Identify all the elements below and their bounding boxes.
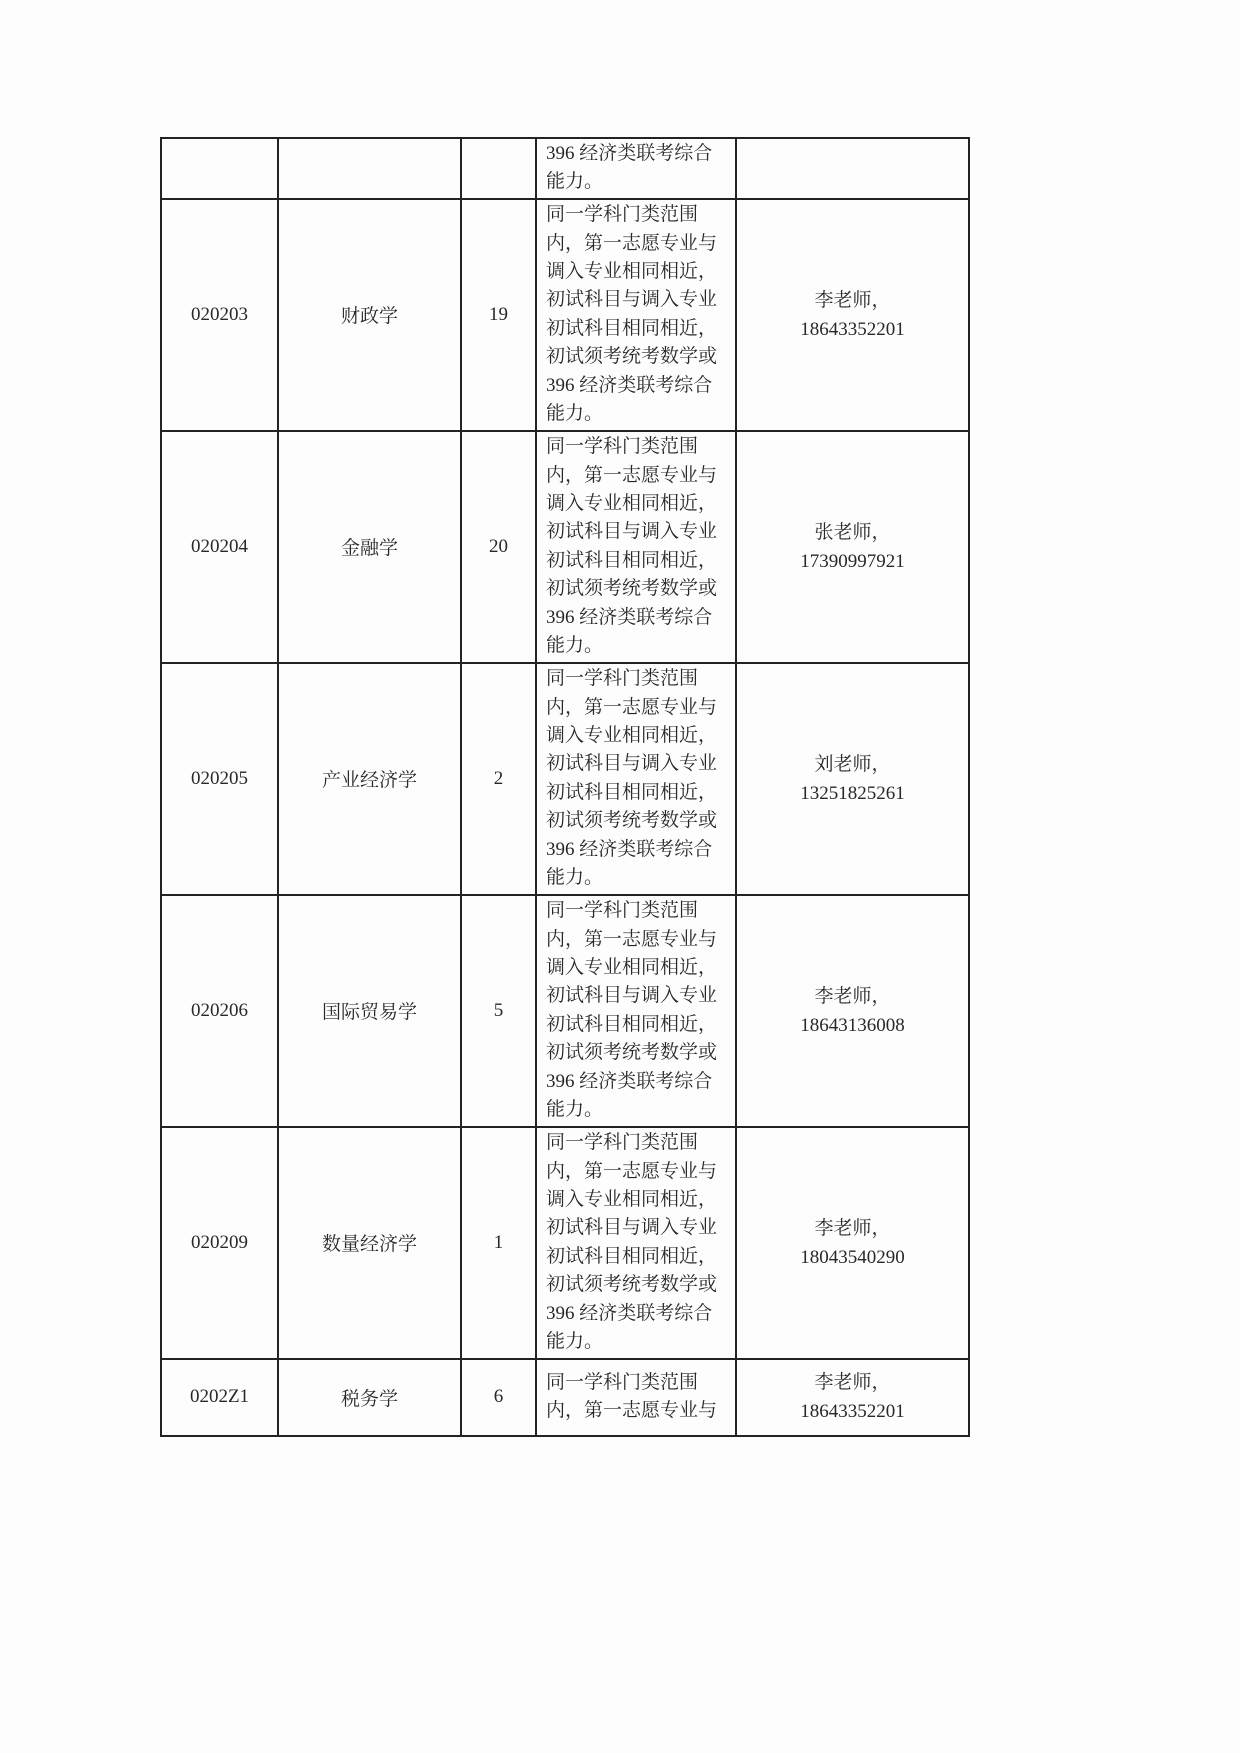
table-row: 020203 财政学 19 同一学科门类范围 内，第一志愿专业与 调入专业相同相… (161, 199, 969, 431)
quota-cell: 1 (461, 1127, 536, 1359)
contact-cell (736, 138, 969, 199)
major-code-cell: 020204 (161, 431, 278, 663)
contact-cell: 李老师， 18643352201 (736, 199, 969, 431)
major-name-cell: 财政学 (278, 199, 461, 431)
contact-cell: 李老师， 18643136008 (736, 895, 969, 1127)
contact-cell: 张老师， 17390997921 (736, 431, 969, 663)
table-row: 020209 数量经济学 1 同一学科门类范围 内，第一志愿专业与 调入专业相同… (161, 1127, 969, 1359)
major-code-cell: 020209 (161, 1127, 278, 1359)
requirement-cell: 同一学科门类范围 内，第一志愿专业与 (536, 1359, 736, 1436)
major-code-cell: 0202Z1 (161, 1359, 278, 1436)
table-row: 396 经济类联考综合 能力。 (161, 138, 969, 199)
major-name-cell (278, 138, 461, 199)
major-name-cell: 数量经济学 (278, 1127, 461, 1359)
major-name-cell: 税务学 (278, 1359, 461, 1436)
requirement-cell: 同一学科门类范围 内，第一志愿专业与 调入专业相同相近， 初试科目与调入专业 初… (536, 431, 736, 663)
majors-adjustment-table: 396 经济类联考综合 能力。 020203 财政学 19 同一学科门类范围 内… (160, 137, 970, 1437)
major-code-cell: 020205 (161, 663, 278, 895)
document-page: 396 经济类联考综合 能力。 020203 财政学 19 同一学科门类范围 内… (0, 0, 1240, 1753)
table-row: 020205 产业经济学 2 同一学科门类范围 内，第一志愿专业与 调入专业相同… (161, 663, 969, 895)
contact-cell: 刘老师， 13251825261 (736, 663, 969, 895)
requirement-cell: 同一学科门类范围 内，第一志愿专业与 调入专业相同相近， 初试科目与调入专业 初… (536, 199, 736, 431)
major-name-cell: 金融学 (278, 431, 461, 663)
table-row: 020206 国际贸易学 5 同一学科门类范围 内，第一志愿专业与 调入专业相同… (161, 895, 969, 1127)
quota-cell: 2 (461, 663, 536, 895)
table-row: 0202Z1 税务学 6 同一学科门类范围 内，第一志愿专业与 李老师， 186… (161, 1359, 969, 1436)
requirement-cell: 同一学科门类范围 内，第一志愿专业与 调入专业相同相近， 初试科目与调入专业 初… (536, 895, 736, 1127)
major-name-cell: 产业经济学 (278, 663, 461, 895)
quota-cell: 20 (461, 431, 536, 663)
requirement-cell: 同一学科门类范围 内，第一志愿专业与 调入专业相同相近， 初试科目与调入专业 初… (536, 1127, 736, 1359)
major-name-cell: 国际贸易学 (278, 895, 461, 1127)
requirement-cell: 396 经济类联考综合 能力。 (536, 138, 736, 199)
quota-cell: 6 (461, 1359, 536, 1436)
major-code-cell (161, 138, 278, 199)
quota-cell (461, 138, 536, 199)
requirement-cell: 同一学科门类范围 内，第一志愿专业与 调入专业相同相近， 初试科目与调入专业 初… (536, 663, 736, 895)
contact-cell: 李老师， 18043540290 (736, 1127, 969, 1359)
major-code-cell: 020203 (161, 199, 278, 431)
contact-cell: 李老师， 18643352201 (736, 1359, 969, 1436)
major-code-cell: 020206 (161, 895, 278, 1127)
table-row: 020204 金融学 20 同一学科门类范围 内，第一志愿专业与 调入专业相同相… (161, 431, 969, 663)
quota-cell: 5 (461, 895, 536, 1127)
quota-cell: 19 (461, 199, 536, 431)
